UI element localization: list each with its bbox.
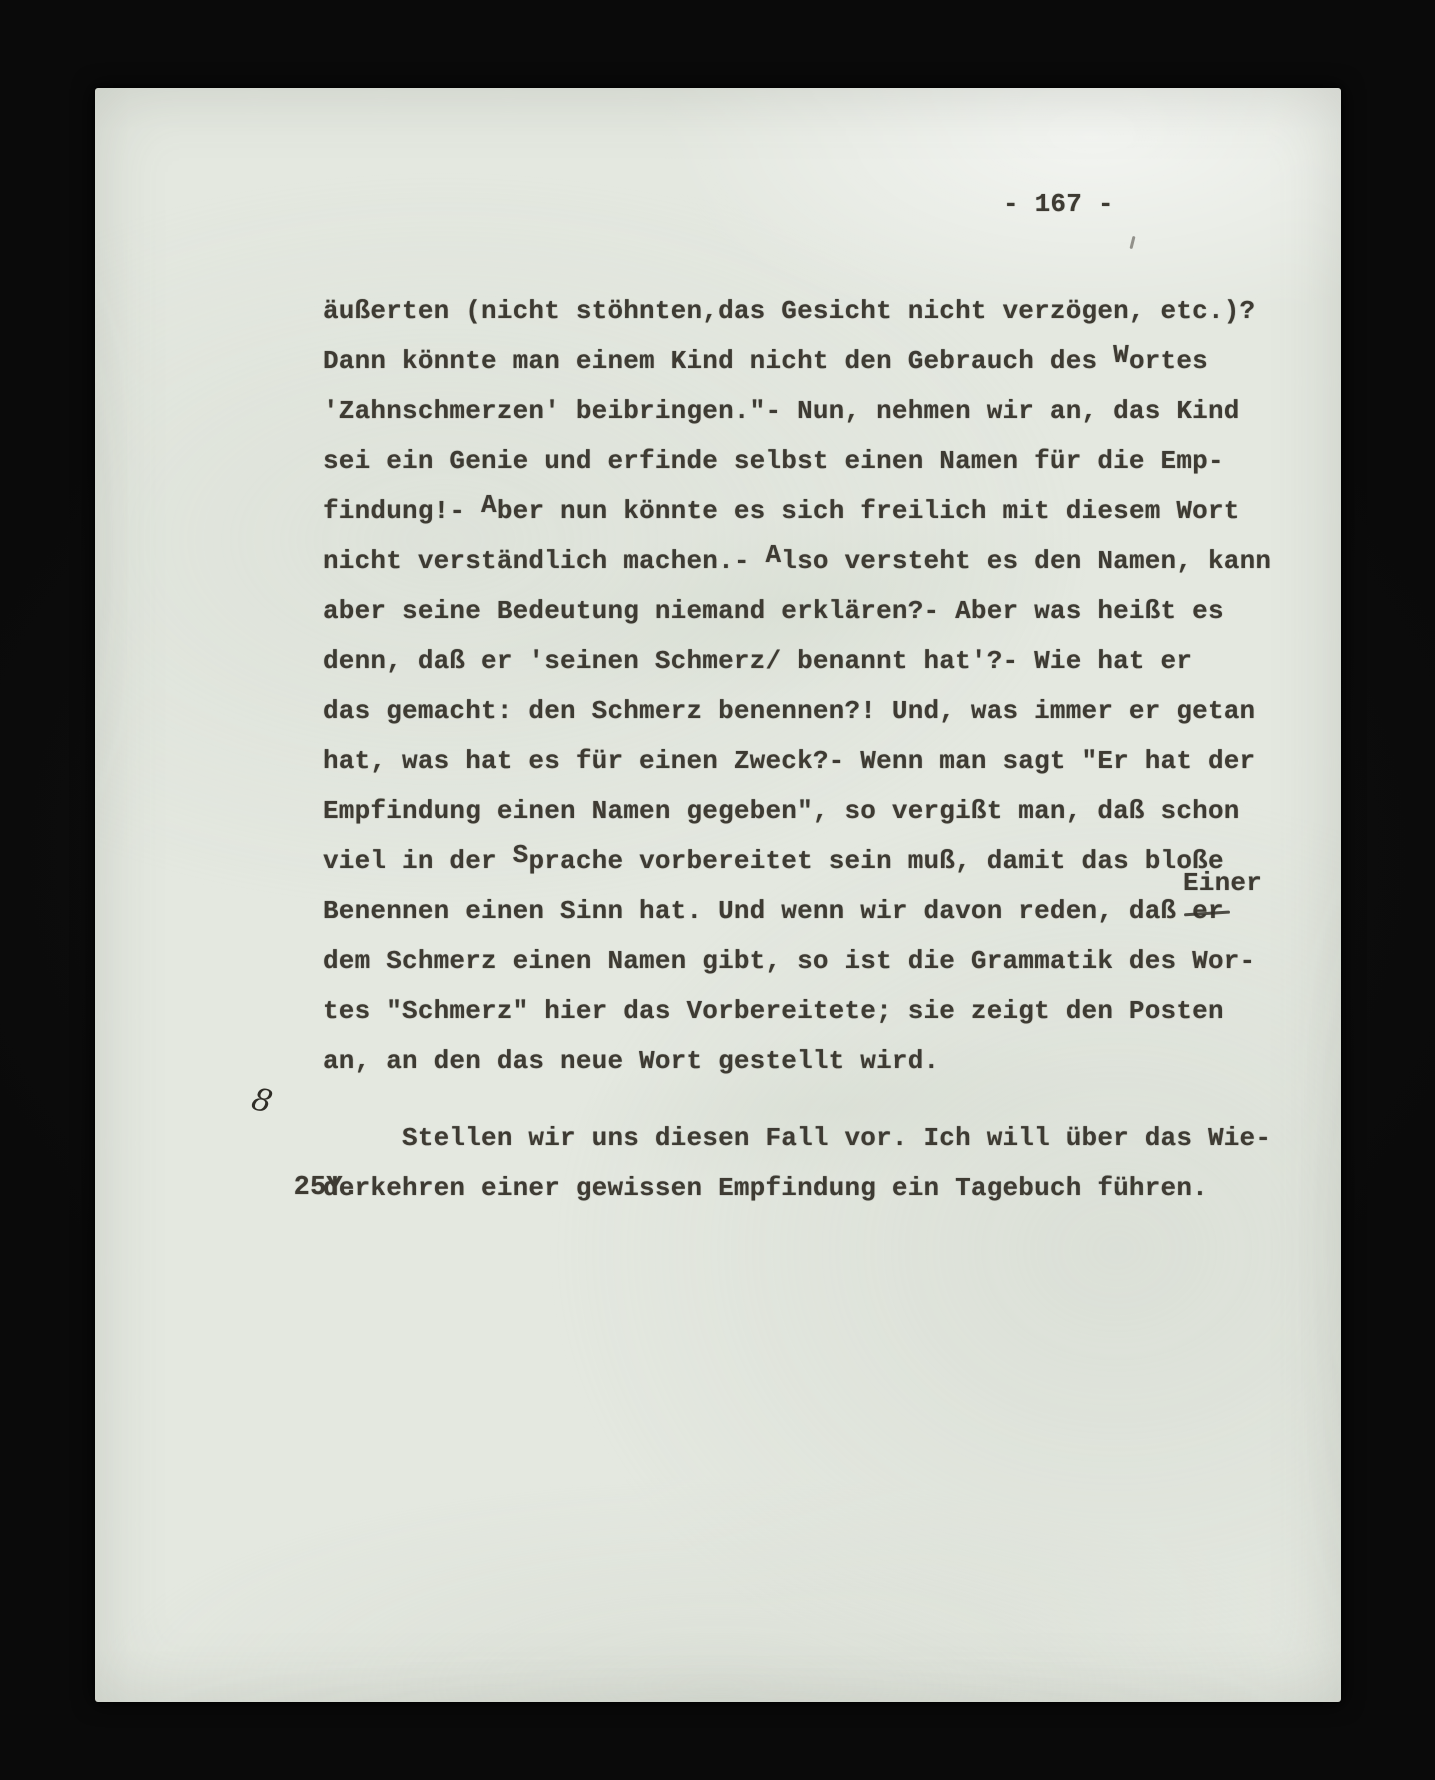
stray-ink-tick <box>1129 236 1135 249</box>
handwritten-eight: 8 <box>249 1084 276 1119</box>
line-text: findung!- <box>323 496 481 526</box>
raised-capital: A <box>765 530 781 580</box>
typescript-line: derkehren einer gewissen Empfindung ein … <box>323 1163 1271 1213</box>
line-text: Benennen einen Sinn hat. Und wenn wir da… <box>323 896 1192 926</box>
typescript-line: tes "Schmerz" hier das Vorbereitete; sie… <box>323 986 1271 1036</box>
typescript-line: Empfindung einen Namen gegeben", so verg… <box>323 786 1271 836</box>
typescript-line: dem Schmerz einen Namen gibt, so ist die… <box>323 936 1271 986</box>
line-text: an, an den das neue Wort gestellt wird. <box>323 1046 939 1076</box>
line-text: hat, was hat es für einen Zweck?- Wenn m… <box>323 746 1255 776</box>
raised-capital: W <box>1113 330 1129 380</box>
typescript-line: äußerten (nicht stöhnten,das Gesicht nic… <box>323 286 1271 336</box>
interline-insertion: Einer <box>1183 858 1262 908</box>
line-text: sei ein Genie und erfinde selbst einen N… <box>323 446 1224 476</box>
line-text: ber nun könnte es sich freilich mit dies… <box>497 496 1240 526</box>
line-text: prache vorbereitet sein muß, damit das b… <box>528 846 1223 876</box>
typescript-line: an, an den das neue Wort gestellt wird. <box>323 1036 1271 1086</box>
line-text: Empfindung einen Namen gegeben", so verg… <box>323 796 1240 826</box>
raised-capital: A <box>481 480 497 530</box>
raised-capital: S <box>513 830 529 880</box>
typescript-line: Benennen einen Sinn hat. Und wenn wir da… <box>323 886 1271 936</box>
line-text: ortes <box>1129 346 1208 376</box>
typescript-line: viel in der Sprache vorbereitet sein muß… <box>323 836 1271 886</box>
document-page: - 167 - äußerten (nicht stöhnten,das Ges… <box>95 88 1341 1702</box>
line-text: dem Schmerz einen Namen gibt, so ist die… <box>323 946 1255 976</box>
typescript-line: sei ein Genie und erfinde selbst einen N… <box>323 436 1271 486</box>
line-text: aber seine Bedeutung niemand erklären?- … <box>323 596 1224 626</box>
line-text: derkehren einer gewissen Empfindung ein … <box>323 1173 1208 1203</box>
line-text: das gemacht: den Schmerz benennen?! Und,… <box>323 696 1255 726</box>
line-text: viel in der <box>323 846 513 876</box>
line-text: tes "Schmerz" hier das Vorbereitete; sie… <box>323 996 1224 1026</box>
typescript-line: 'Zahnschmerzen' beibringen."- Nun, nehme… <box>323 386 1271 436</box>
line-text: äußerten (nicht stöhnten,das Gesicht nic… <box>323 296 1255 326</box>
typescript-line: das gemacht: den Schmerz benennen?! Und,… <box>323 686 1271 736</box>
line-text: lso versteht es den Namen, kann <box>781 546 1271 576</box>
typescript-line: denn, daß er 'seinen Schmerz/ benannt ha… <box>323 636 1271 686</box>
typescript-paragraph-2: Stellen wir uns diesen Fall vor. Ich wil… <box>323 1113 1271 1213</box>
line-text: nicht verständlich machen.- <box>323 546 765 576</box>
line-text: Dann könnte man einem Kind nicht den Geb… <box>323 346 1113 376</box>
typescript-line: findung!- Aber nun könnte es sich freili… <box>323 486 1271 536</box>
line-text: 'Zahnschmerzen' beibringen."- Nun, nehme… <box>323 396 1240 426</box>
typescript-paragraph-1: äußerten (nicht stöhnten,das Gesicht nic… <box>323 286 1271 1086</box>
scanned-typescript-screenshot: { "page": { "number_label": "- 167 -", "… <box>0 0 1435 1780</box>
typescript-line: Stellen wir uns diesen Fall vor. Ich wil… <box>323 1113 1271 1163</box>
typescript-line: nicht verständlich machen.- Also versteh… <box>323 536 1271 586</box>
typescript-line: aber seine Bedeutung niemand erklären?- … <box>323 586 1271 636</box>
line-text: Stellen wir uns diesen Fall vor. Ich wil… <box>323 1123 1271 1153</box>
typescript-line: hat, was hat es für einen Zweck?- Wenn m… <box>323 736 1271 786</box>
typescript-line: Dann könnte man einem Kind nicht den Geb… <box>323 336 1271 386</box>
page-number: - 167 - <box>1003 179 1114 229</box>
line-text: denn, daß er 'seinen Schmerz/ benannt ha… <box>323 646 1192 676</box>
